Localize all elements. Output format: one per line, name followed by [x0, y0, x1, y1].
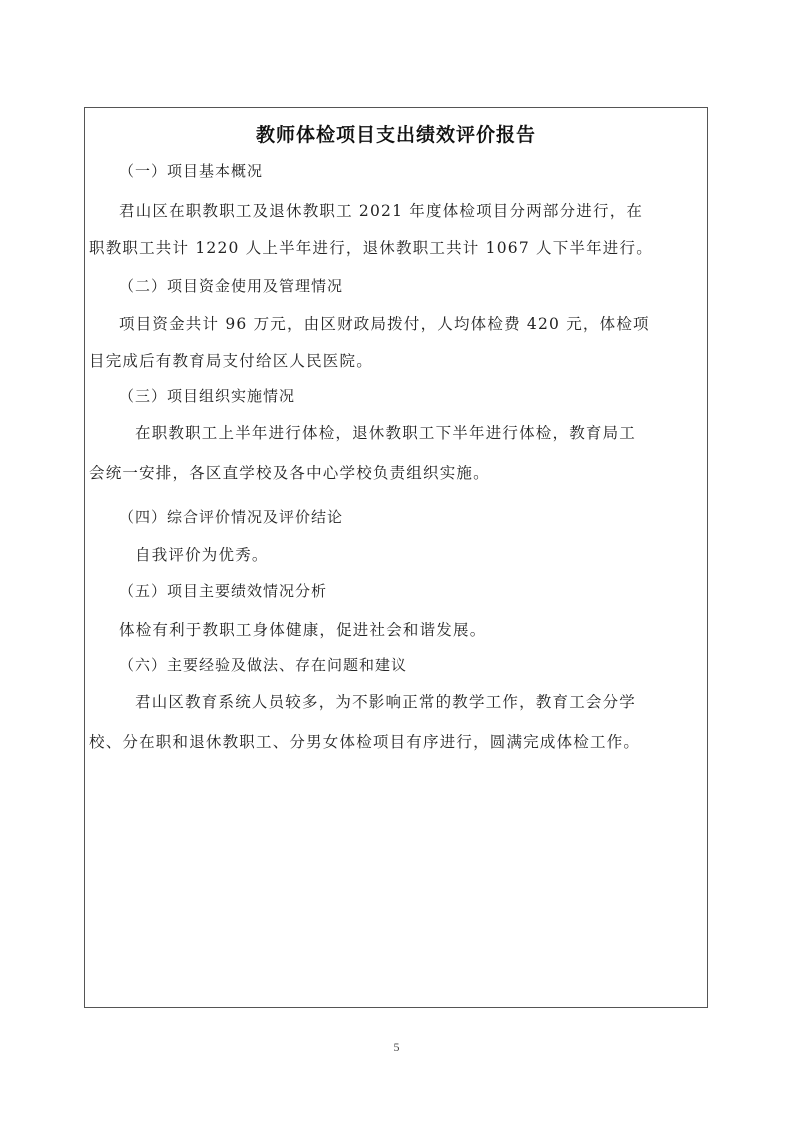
- section-2-line-2: 目完成后有教育局支付给区人民医院。: [89, 349, 373, 371]
- section-heading-6: （六）主要经验及做法、存在问题和建议: [119, 654, 407, 675]
- section-heading-2: （二）项目资金使用及管理情况: [119, 275, 343, 296]
- section-heading-4: （四）综合评价情况及评价结论: [119, 506, 343, 527]
- section-heading-1: （一）项目基本概况: [119, 160, 263, 181]
- section-1-line-2: 职教职工共计 1220 人上半年进行，退休教职工共计 1067 人下半年进行。: [89, 236, 653, 258]
- report-frame: 教师体检项目支出绩效评价报告 （一）项目基本概况 君山区在职教职工及退休教职工 …: [84, 107, 708, 1008]
- section-heading-3: （三）项目组织实施情况: [119, 385, 295, 406]
- section-heading-5: （五）项目主要绩效情况分析: [119, 580, 327, 601]
- section-6-line-1: 君山区教育系统人员较多，为不影响正常的教学工作，教育工会分学: [135, 690, 636, 712]
- section-3-line-2: 会统一安排，各区直学校及各中心学校负责组织实施。: [89, 461, 490, 483]
- report-title: 教师体检项目支出绩效评价报告: [85, 120, 707, 147]
- section-3-line-1: 在职教职工上半年进行体检，退休教职工下半年进行体检，教育局工: [135, 421, 636, 443]
- section-5-line-1: 体检有利于教职工身体健康，促进社会和谐发展。: [119, 618, 486, 640]
- section-2-line-1: 项目资金共计 96 万元，由区财政局拨付，人均体检费 420 元，体检项: [119, 312, 650, 334]
- section-1-line-1: 君山区在职教职工及退休教职工 2021 年度体检项目分两部分进行，在: [119, 199, 643, 221]
- page-number: 5: [0, 1040, 793, 1055]
- section-6-line-2: 校、分在职和退休教职工、分男女体检项目有序进行，圆满完成体检工作。: [89, 730, 640, 752]
- section-4-line-1: 自我评价为优秀。: [135, 543, 269, 565]
